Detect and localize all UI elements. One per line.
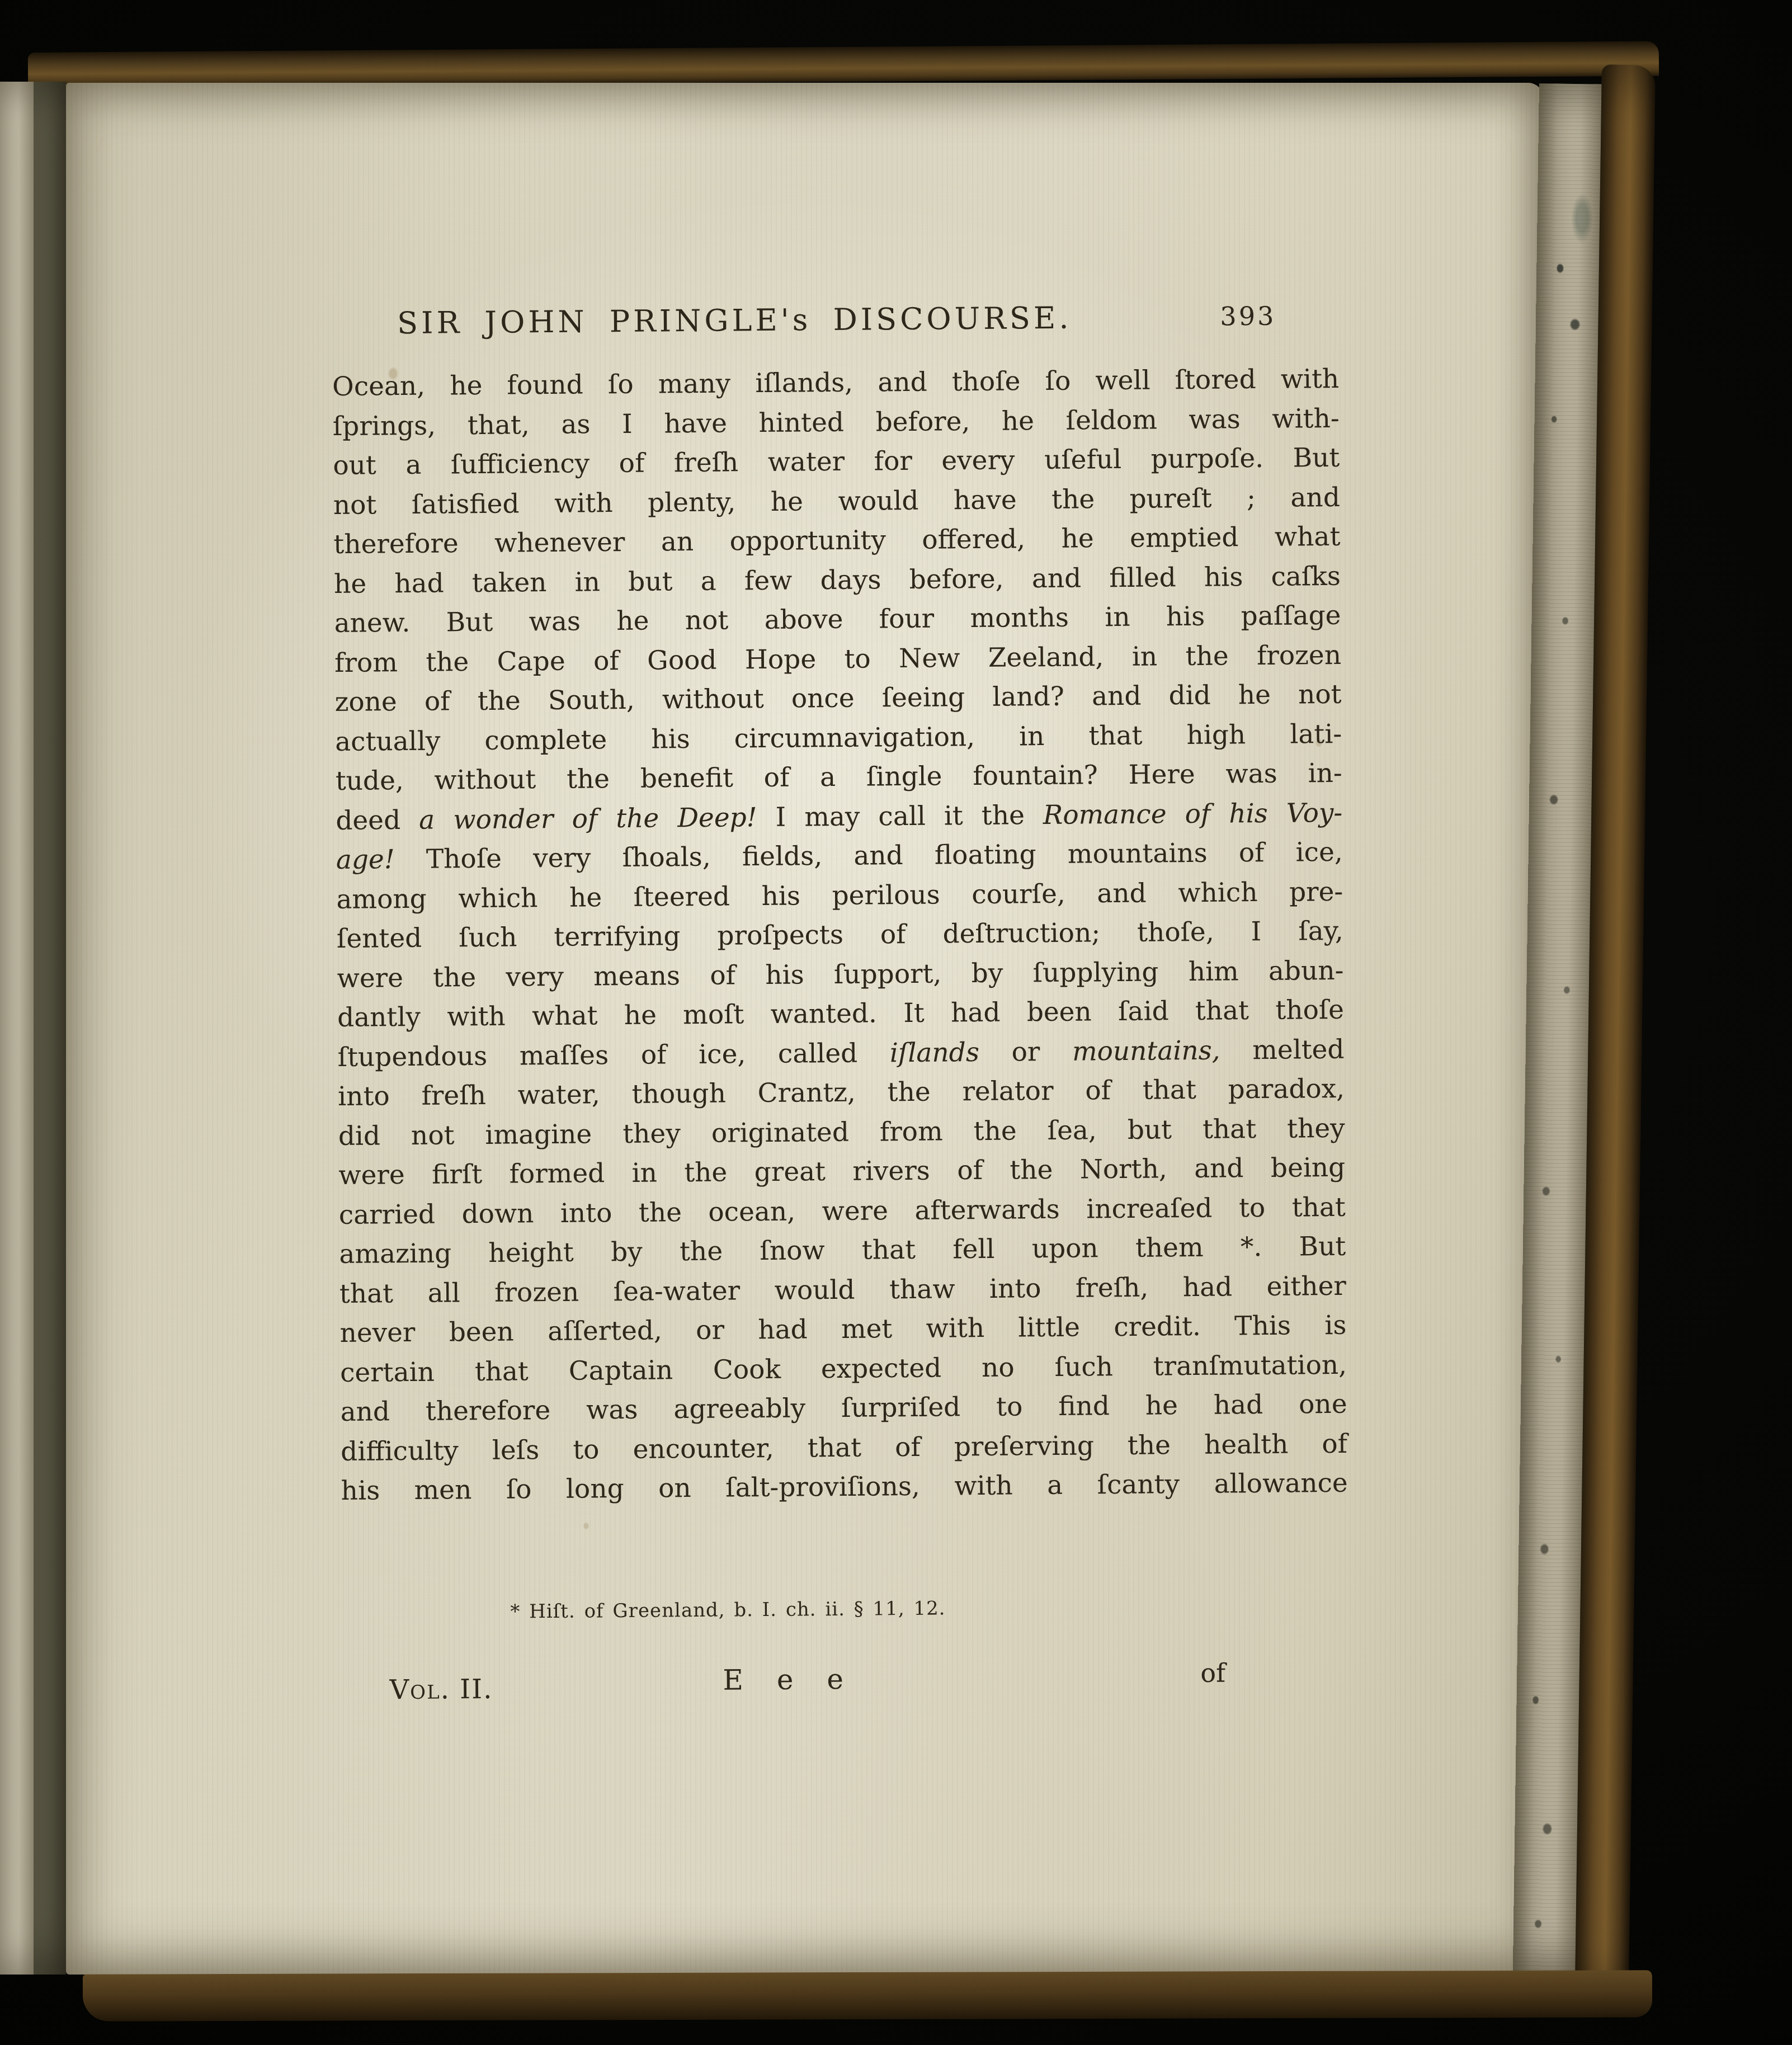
text-line: zone of the South, without once ſeeing l… (334, 675, 1341, 723)
text-line: and therefore was agreeably ſurpriſed to… (340, 1385, 1347, 1433)
catchword: of (1200, 1657, 1225, 1688)
text-line: into freſh water, though Crantz, the rel… (338, 1069, 1345, 1117)
printers-signature: E e e (723, 1662, 856, 1696)
text-line: never been aſſerted, or had met with lit… (339, 1306, 1346, 1354)
running-header: SIR JOHN PRINGLE's DISCOURSE. 393 (332, 298, 1338, 345)
page-number: 393 (1220, 301, 1276, 332)
printed-text-block: SIR JOHN PRINGLE's DISCOURSE. 393 Ocean,… (330, 79, 1350, 1709)
text-line: ſented ſuch terrifying proſpects of deſt… (337, 912, 1343, 959)
volume-label: Vol. II. (389, 1673, 493, 1705)
body-text: Ocean, he found ſo many iſlands, and tho… (332, 360, 1348, 1511)
book-cover-top-edge (28, 41, 1659, 87)
text-line: were firſt formed in the great rivers of… (338, 1148, 1345, 1196)
text-line: his men ſo long on ſalt-proviſions, with… (341, 1464, 1347, 1511)
text-line: amazing height by the ſnow that fell upo… (339, 1227, 1346, 1275)
page-gutter-shadow (34, 82, 66, 1975)
book-cover-bottom-edge (83, 1970, 1652, 2021)
page-footer: Vol. II. E e e of (342, 1656, 1350, 1709)
text-line: dantly with what he moſt wanted. It had … (337, 991, 1344, 1038)
text-line: Ocean, he found ſo many iſlands, and tho… (332, 360, 1339, 407)
text-line: therefore whenever an opportunity offere… (333, 517, 1340, 565)
text-line: age! Thoſe very ſhoals, fields, and floa… (336, 833, 1343, 880)
text-line: anew. But was he not above four months i… (334, 596, 1341, 644)
adjacent-page-edge (0, 82, 34, 1975)
photograph-of-book-page: { "book": { "header": { "title": "SIR JO… (0, 0, 1792, 2045)
text-line: out a ſufficiency of freſh water for eve… (333, 439, 1340, 486)
text-line: tude, without the benefit of a ſingle fo… (336, 754, 1342, 802)
footnote: * Hiſt. of Greenland, b. I. ch. ii. § 11… (224, 1594, 1231, 1626)
book-page: SIR JOHN PRINGLE's DISCOURSE. 393 Ocean,… (66, 83, 1544, 1975)
page-title: SIR JOHN PRINGLE's DISCOURSE. (231, 299, 1238, 342)
